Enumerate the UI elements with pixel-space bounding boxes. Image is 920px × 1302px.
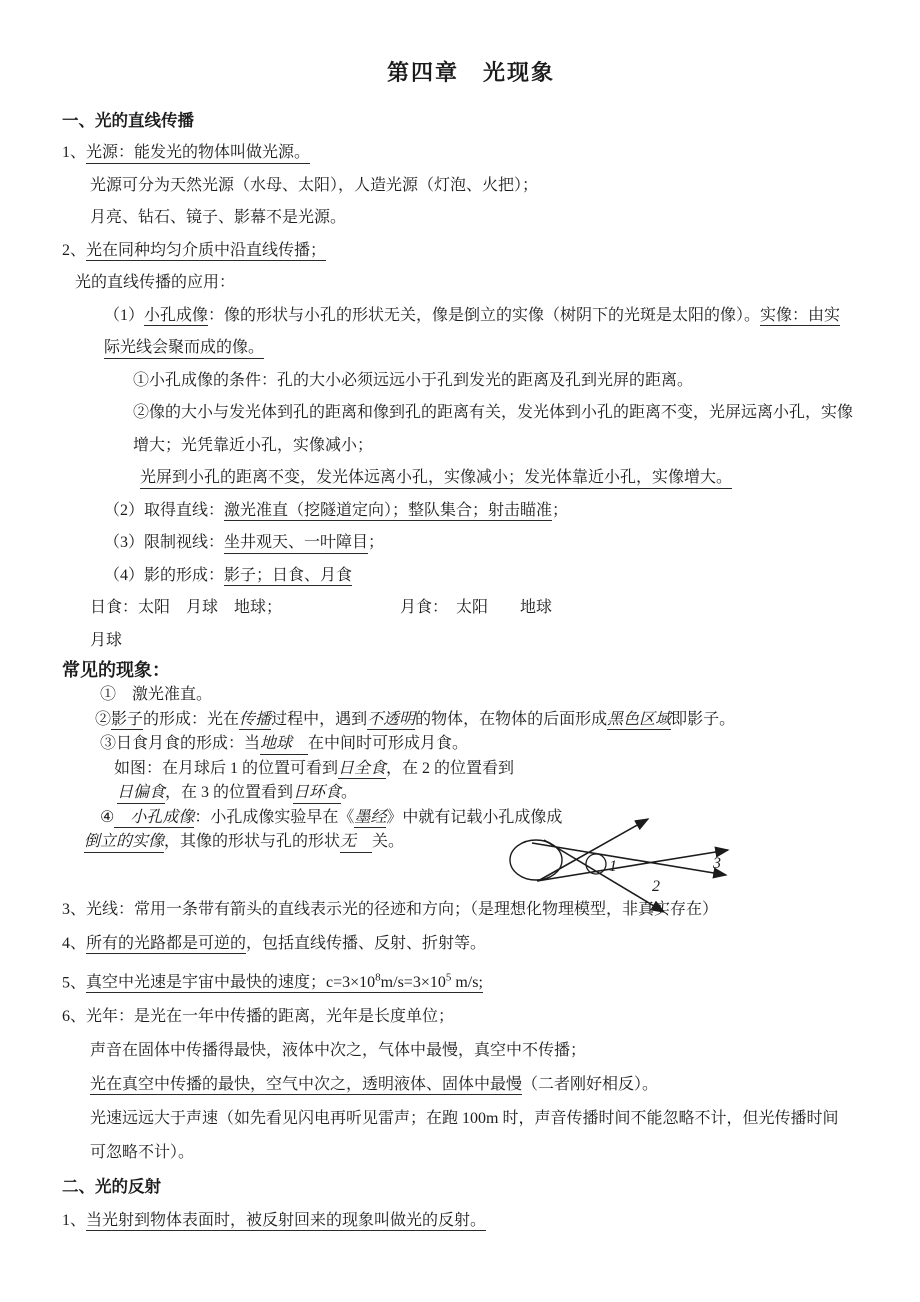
circle-number: ②: [95, 711, 111, 728]
underlined-examples: 影子；日食、月食: [224, 567, 352, 587]
item-5-light-speed: 5、真空中光速是宇宙中最快的速度；c=3×108m/s=3×105 m/s;: [62, 961, 880, 1000]
pinhole-description: ：像的形状与小孔的形状无关，像是倒立的实像（树阴下的光斑是太阳的像）。: [208, 307, 760, 324]
screen-distance-rule: 光屏到小孔的距离不变，发光体远离小孔，实像减小；发光体靠近小孔，实像增大。: [140, 462, 880, 495]
punctuation: ；: [552, 502, 568, 519]
label: （4）影的形成：: [104, 567, 224, 584]
formula-part: m/s=3×10: [381, 974, 446, 991]
eclipse-figure-line-2: 日偏食，在 3 的位置看到日环食。: [117, 781, 880, 806]
light-speed-media: 光在真空中传播的最快，空气中次之，透明液体、固体中最慢（二者刚好相反）。: [90, 1068, 880, 1102]
list-number: 1、: [62, 144, 86, 161]
text: ③日食月食的形成：当: [100, 735, 260, 752]
underlined-real-image: 实像：由实: [760, 307, 840, 327]
moon-word: 月球: [90, 625, 880, 658]
underlined-definition: 当光射到物体表面时，被反射回来的现象叫做光的反射。: [86, 1212, 486, 1232]
text: 如图：在月球后 1 的位置可看到: [114, 760, 338, 777]
label: （3）限制视线：: [104, 534, 224, 551]
text: ，在 3 的位置看到: [165, 784, 293, 801]
blank-none: 无: [340, 833, 372, 853]
punctuation: ；: [368, 534, 384, 551]
sound-speed-media: 声音在固体中传播得最快，液体中次之，气体中最慢，真空中不传播；: [90, 1034, 880, 1068]
list-number: 5、: [62, 974, 86, 991]
light-ray-upper-tangent: [532, 843, 726, 875]
application-3-limit-sight: （3）限制视线：坐井观天、一叶障目；: [104, 527, 880, 560]
list-number: 2、: [62, 242, 86, 259]
underlined-definition: 光源：能发光的物体叫做光源。: [86, 144, 310, 164]
application-1-pinhole: （1）小孔成像：像的形状与小孔的形状无关，像是倒立的实像（树阴下的光斑是太阳的像…: [104, 300, 880, 333]
text: 。: [341, 784, 357, 801]
position-label-3: 3: [712, 855, 721, 872]
text: ，其像的形状与孔的形状: [164, 833, 340, 850]
underlined-examples: 坐井观天、一叶障目: [224, 534, 368, 554]
eclipse-figure-line-1: 如图：在月球后 1 的位置可看到日全食，在 2 的位置看到: [114, 757, 880, 782]
reflection-definition: 1、当光射到物体表面时，被反射回来的现象叫做光的反射。: [62, 1204, 880, 1238]
item-3-light-ray: 3、光线：常用一条带有箭头的直线表示光的径迹和方向；（是理想化物理模型，非真实存…: [62, 893, 880, 927]
text: ，包括直线传播、反射、折射等。: [246, 935, 486, 952]
underlined-rule: 光在同种均匀介质中沿直线传播；: [86, 242, 326, 262]
blank-pinhole-imaging: 小孔成像: [114, 809, 194, 829]
phenomenon-3-eclipse: ③日食月食的形成：当地球 在中间时可形成月食。: [100, 732, 880, 757]
lunar-eclipse-order: 月食： 太阳 地球: [400, 599, 552, 616]
not-light-sources: 月亮、钻石、镜子、影幕不是光源。: [90, 202, 880, 235]
underlined-rule: 光在真空中传播的最快，空气中次之，透明液体、固体中最慢: [90, 1076, 522, 1096]
blank-inverted-real-image: 倒立的实像: [84, 833, 164, 853]
text: ：小孔成像实验早在《: [194, 809, 354, 826]
phenomenon-1-laser: ① 激光准直。: [100, 683, 880, 708]
real-image-continued: 际光线会聚而成的像。: [104, 332, 880, 365]
underlined-rule: 光屏到小孔的距离不变，发光体远离小孔，实像减小；发光体靠近小孔，实像增大。: [140, 469, 732, 489]
formula-part: 真空中光速是宇宙中最快的速度；c=3×10: [86, 974, 375, 991]
formula-part: m/s;: [451, 974, 483, 991]
common-phenomena-heading: 常见的现象：: [62, 657, 880, 683]
eclipse-order-line: 日食：太阳 月球 地球；月食： 太阳 地球: [90, 592, 880, 625]
phenomenon-4-continued: 倒立的实像，其像的形状与孔的形状无 关。: [84, 830, 880, 855]
underlined-rule: 所有的光路都是可逆的: [86, 935, 246, 955]
applications-heading: 光的直线传播的应用：: [75, 267, 880, 300]
blank-dark-region: 黑色区域: [607, 711, 671, 731]
text: 在中间时可形成月食。: [308, 735, 468, 752]
blank-shadow: 影子: [111, 711, 143, 731]
position-label-1: 1: [609, 858, 617, 875]
chapter-title: 第四章 光现象: [62, 56, 880, 90]
blank-total-eclipse: 日全食: [338, 760, 386, 780]
solar-eclipse-diagram: 1 2 3: [498, 810, 746, 922]
light-vs-sound-continued: 可忽略不计）。: [90, 1136, 880, 1170]
light-vs-sound-speed: 光速远远大于声速（如先看见闪电再听见雷声；在跑 100m 时，声音传播时间不能忽…: [90, 1102, 880, 1136]
text: 的形成：光在: [143, 711, 239, 728]
text: （二者刚好相反）。: [522, 1076, 658, 1093]
position-label-2: 2: [652, 878, 660, 895]
item-1-light-source: 1、光源：能发光的物体叫做光源。: [62, 137, 880, 170]
application-2-straight-line: （2）取得直线：激光准直（挖隧道定向）；整队集合；射击瞄准；: [104, 495, 880, 528]
item-2-straight-propagation: 2、光在同种均匀介质中沿直线传播；: [62, 235, 880, 268]
item-4-reversible-path: 4、所有的光路都是可逆的，包括直线传播、反射、折射等。: [62, 927, 880, 961]
light-ray-steep-down: [544, 840, 664, 912]
item-6-light-year: 6、光年：是光在一年中传播的距离，光年是长度单位；: [62, 1000, 880, 1034]
light-source-kinds: 光源可分为天然光源（水母、太阳），人造光源（灯泡、火把）；: [90, 170, 880, 203]
phenomenon-2-shadow: ②影子的形成：光在传播过程中，遇到不透明的物体，在物体的后面形成黑色区域即影子。: [95, 708, 880, 733]
list-number: 1、: [62, 1212, 86, 1229]
section-1-heading: 一、光的直线传播: [62, 104, 880, 137]
image-size-rule: ②像的大小与发光体到孔的距离和像到孔的距离有关，发光体到小孔的距离不变，光屏远离…: [133, 397, 880, 430]
solar-eclipse-order: 日食：太阳 月球 地球；: [90, 599, 282, 616]
text: 的物体，在物体的后面形成: [415, 711, 607, 728]
image-size-rule-continued: 增大；光凭靠近小孔，实像减小；: [133, 430, 880, 463]
pinhole-condition: ①小孔成像的条件：孔的大小必须远远小于孔到发光的距离及孔到光屏的距离。: [133, 365, 880, 398]
section-2-heading: 二、光的反射: [62, 1170, 880, 1204]
list-number: （1）: [104, 307, 144, 324]
text: 过程中，遇到: [271, 711, 367, 728]
application-4-shadow: （4）影的形成：影子；日食、月食: [104, 560, 880, 593]
label: （2）取得直线：: [104, 502, 224, 519]
document-page: 第四章 光现象 一、光的直线传播 1、光源：能发光的物体叫做光源。 光源可分为天…: [0, 0, 920, 1302]
text: ，在 2 的位置看到: [386, 760, 514, 777]
blank-earth: 地球: [260, 735, 308, 755]
underlined-term: 小孔成像: [144, 307, 208, 327]
text: 即影子。: [671, 711, 735, 728]
blank-propagation: 传播: [239, 711, 271, 731]
underlined-examples: 激光准直（挖隧道定向）；整队集合；射击瞄准: [224, 502, 552, 522]
blank-annular-eclipse: 日环食: [293, 784, 341, 804]
blank-opaque: 不透明: [367, 711, 415, 731]
blank-mojing: 墨经: [354, 809, 386, 829]
underlined-real-image-2: 际光线会聚而成的像。: [104, 339, 264, 359]
text: 关。: [372, 833, 404, 850]
circle-number: ④: [100, 809, 114, 826]
phenomenon-4-pinhole: ④ 小孔成像：小孔成像实验早在《墨经》中就有记载小孔成像成: [100, 806, 880, 831]
list-number: 4、: [62, 935, 86, 952]
blank-partial-eclipse: 日偏食: [117, 784, 165, 804]
underlined-formula: 真空中光速是宇宙中最快的速度；c=3×108m/s=3×105 m/s;: [86, 974, 483, 994]
